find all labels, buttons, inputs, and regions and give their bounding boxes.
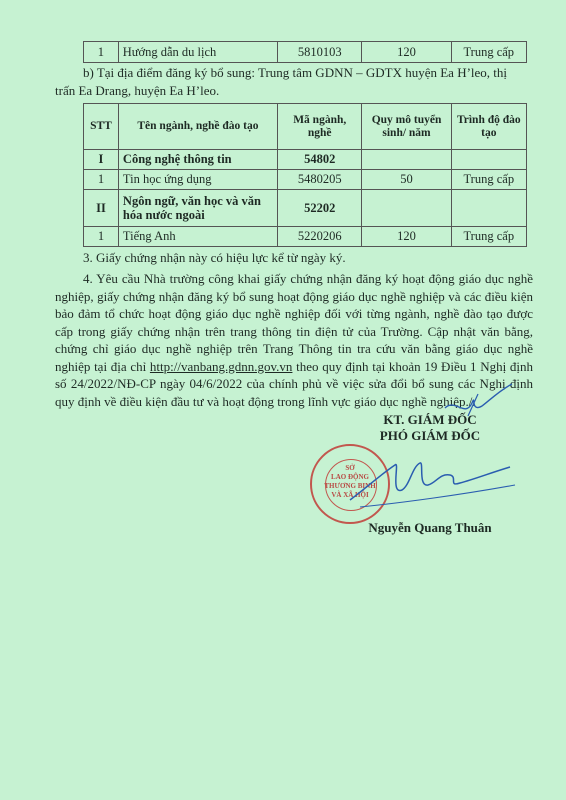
cell-level xyxy=(451,150,526,170)
table-row-group: II Ngôn ngữ, văn học và văn hóa nước ngo… xyxy=(84,190,527,227)
header-scale: Quy mô tuyển sinh/ năm xyxy=(362,104,451,150)
cell-name: Ngôn ngữ, văn học và văn hóa nước ngoài xyxy=(118,190,277,227)
training-table: STT Tên ngành, nghề đào tạo Mã ngành, ng… xyxy=(83,103,527,247)
cell-scale: 120 xyxy=(362,42,451,63)
cell-level: Trung cấp xyxy=(451,42,526,63)
signer-name: Nguyễn Quang Thuân xyxy=(330,520,530,536)
cell-stt: 1 xyxy=(84,42,119,63)
vanbang-link[interactable]: http://vanbang.gdnn.gov.vn xyxy=(150,359,293,374)
cell-scale xyxy=(362,190,451,227)
table-row: 1 Hướng dẫn du lịch 5810103 120 Trung cấ… xyxy=(84,42,527,63)
cell-stt: II xyxy=(84,190,119,227)
cell-stt: 1 xyxy=(84,170,119,190)
cell-stt: I xyxy=(84,150,119,170)
header-code: Mã ngành, nghề xyxy=(277,104,361,150)
cell-scale: 120 xyxy=(362,227,451,247)
signature-icon xyxy=(340,455,520,515)
item-3: 3. Giấy chứng nhận này có hiệu lực kể từ… xyxy=(83,249,533,267)
header-name: Tên ngành, nghề đào tạo xyxy=(118,104,277,150)
cell-level xyxy=(451,190,526,227)
cell-name: Tin học ứng dụng xyxy=(118,170,277,190)
header-level: Trình độ đào tạo xyxy=(451,104,526,150)
section-b-line1: b) Tại địa điểm đăng ký bổ sung: Trung t… xyxy=(83,64,533,82)
cell-code: 5480205 xyxy=(277,170,361,190)
cell-name: Công nghệ thông tin xyxy=(118,150,277,170)
signature-title-2: PHÓ GIÁM ĐỐC xyxy=(330,428,530,444)
table-header-row: STT Tên ngành, nghề đào tạo Mã ngành, ng… xyxy=(84,104,527,150)
cell-level: Trung cấp xyxy=(451,227,526,247)
cell-scale: 50 xyxy=(362,170,451,190)
cell-stt: 1 xyxy=(84,227,119,247)
table-row: 1 Tin học ứng dụng 5480205 50 Trung cấp xyxy=(84,170,527,190)
cell-name: Hướng dẫn du lịch xyxy=(118,42,277,63)
cell-code: 5220206 xyxy=(277,227,361,247)
table-row: 1 Tiếng Anh 5220206 120 Trung cấp xyxy=(84,227,527,247)
cell-code: 5810103 xyxy=(277,42,362,63)
cell-level: Trung cấp xyxy=(451,170,526,190)
section-b-line2: trấn Ea Drang, huyện Ea H’leo. xyxy=(55,82,505,100)
table-row-group: I Công nghệ thông tin 54802 xyxy=(84,150,527,170)
header-stt: STT xyxy=(84,104,119,150)
cell-code: 54802 xyxy=(277,150,361,170)
cell-code: 52202 xyxy=(277,190,361,227)
cell-scale xyxy=(362,150,451,170)
signature-title-1: KT. GIÁM ĐỐC xyxy=(330,412,530,428)
table-continued: 1 Hướng dẫn du lịch 5810103 120 Trung cấ… xyxy=(83,41,527,63)
cell-name: Tiếng Anh xyxy=(118,227,277,247)
